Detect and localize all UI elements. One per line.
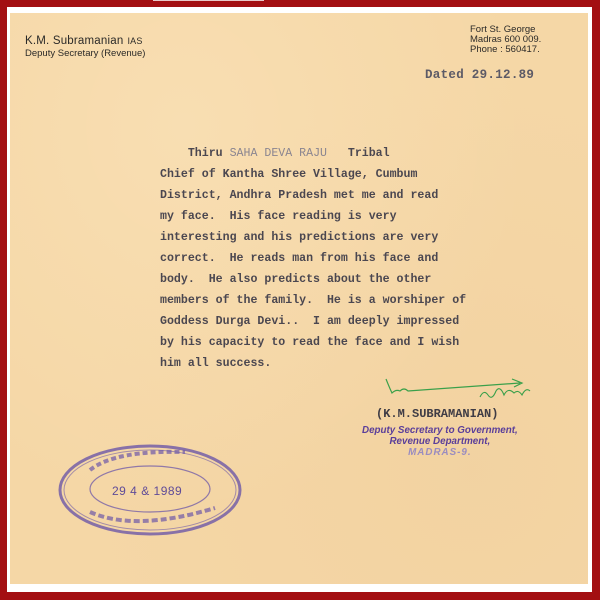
letter-date: Dated 29.12.89 <box>425 68 534 82</box>
letter-body: Thiru SAHA DEVA RAJU Tribal Chief of Kan… <box>160 143 466 374</box>
stamp-line-3: MADRAS-9. <box>362 447 518 458</box>
letterhead-address: Fort St. George Madras 600 009. Phone : … <box>470 25 541 55</box>
body-line: by his capacity to read the face and I w… <box>160 336 459 349</box>
body-line: Chief of Kantha Shree Village, Cumbum <box>160 168 417 181</box>
letterhead-name-row: K.M. SubramanianIAS <box>25 35 145 47</box>
letterhead-name: K.M. Subramanian <box>25 35 123 47</box>
body-line-1-prefix: Thiru <box>160 147 230 160</box>
signatory-name: (K.M.SUBRAMANIAN) <box>376 407 498 421</box>
designation-stamp: Deputy Secretary to Government, Revenue … <box>362 425 518 458</box>
body-line: interesting and his predictions are very <box>160 231 438 244</box>
seal-date: 29 4 & 1989 <box>112 484 182 498</box>
letterhead-suffix: IAS <box>127 36 142 46</box>
body-line: correct. He reads man from his face and <box>160 252 438 265</box>
body-line: body. He also predicts about the other <box>160 273 431 286</box>
stamp-line-1: Deputy Secretary to Government, <box>362 425 518 436</box>
body-line: District, Andhra Pradesh met me and read <box>160 189 438 202</box>
letterhead-left: K.M. SubramanianIAS Deputy Secretary (Re… <box>25 35 145 59</box>
body-line-1-suffix: Tribal <box>327 147 390 160</box>
body-line: Goddess Durga Devi.. I am deeply impress… <box>160 315 459 328</box>
body-person-name: SAHA DEVA RAJU <box>230 147 327 160</box>
top-frame-highlight <box>153 0 264 1</box>
body-line: members of the family. He is a worshiper… <box>160 294 466 307</box>
handwritten-signature-icon <box>380 375 540 405</box>
address-phone: Phone : 560417. <box>470 45 541 55</box>
body-line: my face. His face reading is very <box>160 210 397 223</box>
body-line: him all success. <box>160 357 271 370</box>
letterhead-designation: Deputy Secretary (Revenue) <box>25 48 145 59</box>
stamp-line-2: Revenue Department, <box>362 436 518 447</box>
